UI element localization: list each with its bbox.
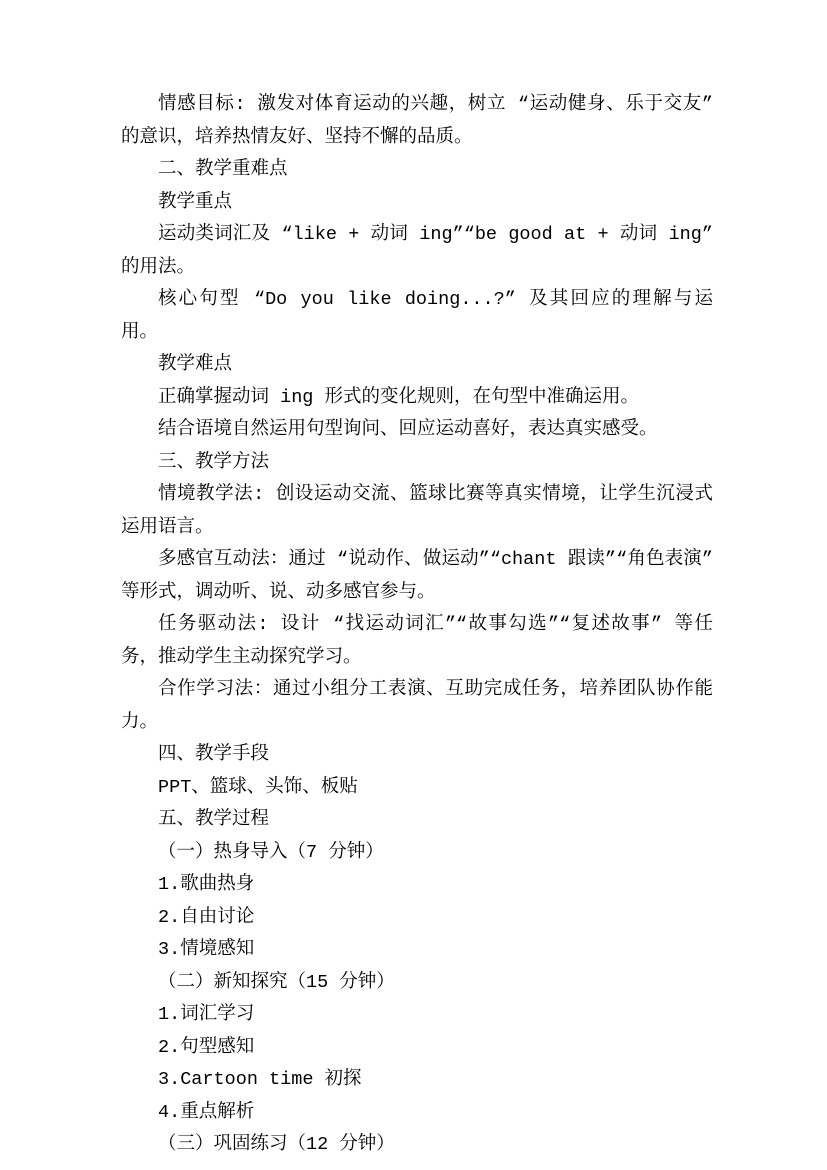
paragraph: 三、教学方法: [121, 447, 713, 480]
paragraph: 任务驱动法: 设计 “找运动词汇”“故事勾选”“复述故事” 等任务，推动学生主动…: [121, 609, 713, 674]
paragraph: 四、教学手段: [121, 739, 713, 772]
paragraph: 结合语境自然运用句型询问、回应运动喜好，表达真实感受。: [121, 414, 713, 447]
paragraph: 情境教学法: 创设运动交流、篮球比赛等真实情境，让学生沉浸式运用语言。: [121, 479, 713, 544]
document-body: 情感目标: 激发对体育运动的兴趣，树立 “运动健身、乐于交友” 的意识，培养热情…: [121, 89, 713, 1162]
paragraph: 1.词汇学习: [121, 999, 713, 1032]
paragraph: 情感目标: 激发对体育运动的兴趣，树立 “运动健身、乐于交友” 的意识，培养热情…: [121, 89, 713, 154]
paragraph: 3.Cartoon time 初探: [121, 1064, 713, 1097]
paragraph: 2.句型感知: [121, 1032, 713, 1065]
paragraph: （三）巩固练习（12 分钟）: [121, 1129, 713, 1162]
paragraph: 核心句型 “Do you like doing...?” 及其回应的理解与运用。: [121, 284, 713, 349]
document-page: 情感目标: 激发对体育运动的兴趣，树立 “运动健身、乐于交友” 的意识，培养热情…: [0, 0, 827, 1170]
paragraph: 教学重点: [121, 187, 713, 220]
paragraph: （一）热身导入（7 分钟）: [121, 837, 713, 870]
paragraph: 正确掌握动词 ing 形式的变化规则，在句型中准确运用。: [121, 382, 713, 415]
paragraph: 3.情境感知: [121, 934, 713, 967]
paragraph: 合作学习法：通过小组分工表演、互助完成任务，培养团队协作能力。: [121, 674, 713, 739]
paragraph: PPT、篮球、头饰、板贴: [121, 772, 713, 805]
paragraph: 五、教学过程: [121, 804, 713, 837]
paragraph: 1.歌曲热身: [121, 869, 713, 902]
paragraph: （二）新知探究（15 分钟）: [121, 967, 713, 1000]
paragraph: 4.重点解析: [121, 1097, 713, 1130]
paragraph: 运动类词汇及 “like + 动词 ing”“be good at + 动词 i…: [121, 219, 713, 284]
paragraph: 教学难点: [121, 349, 713, 382]
paragraph: 多感官互动法：通过 “说动作、做运动”“chant 跟读”“角色表演” 等形式，…: [121, 544, 713, 609]
paragraph: 2.自由讨论: [121, 902, 713, 935]
paragraph: 二、教学重难点: [121, 154, 713, 187]
